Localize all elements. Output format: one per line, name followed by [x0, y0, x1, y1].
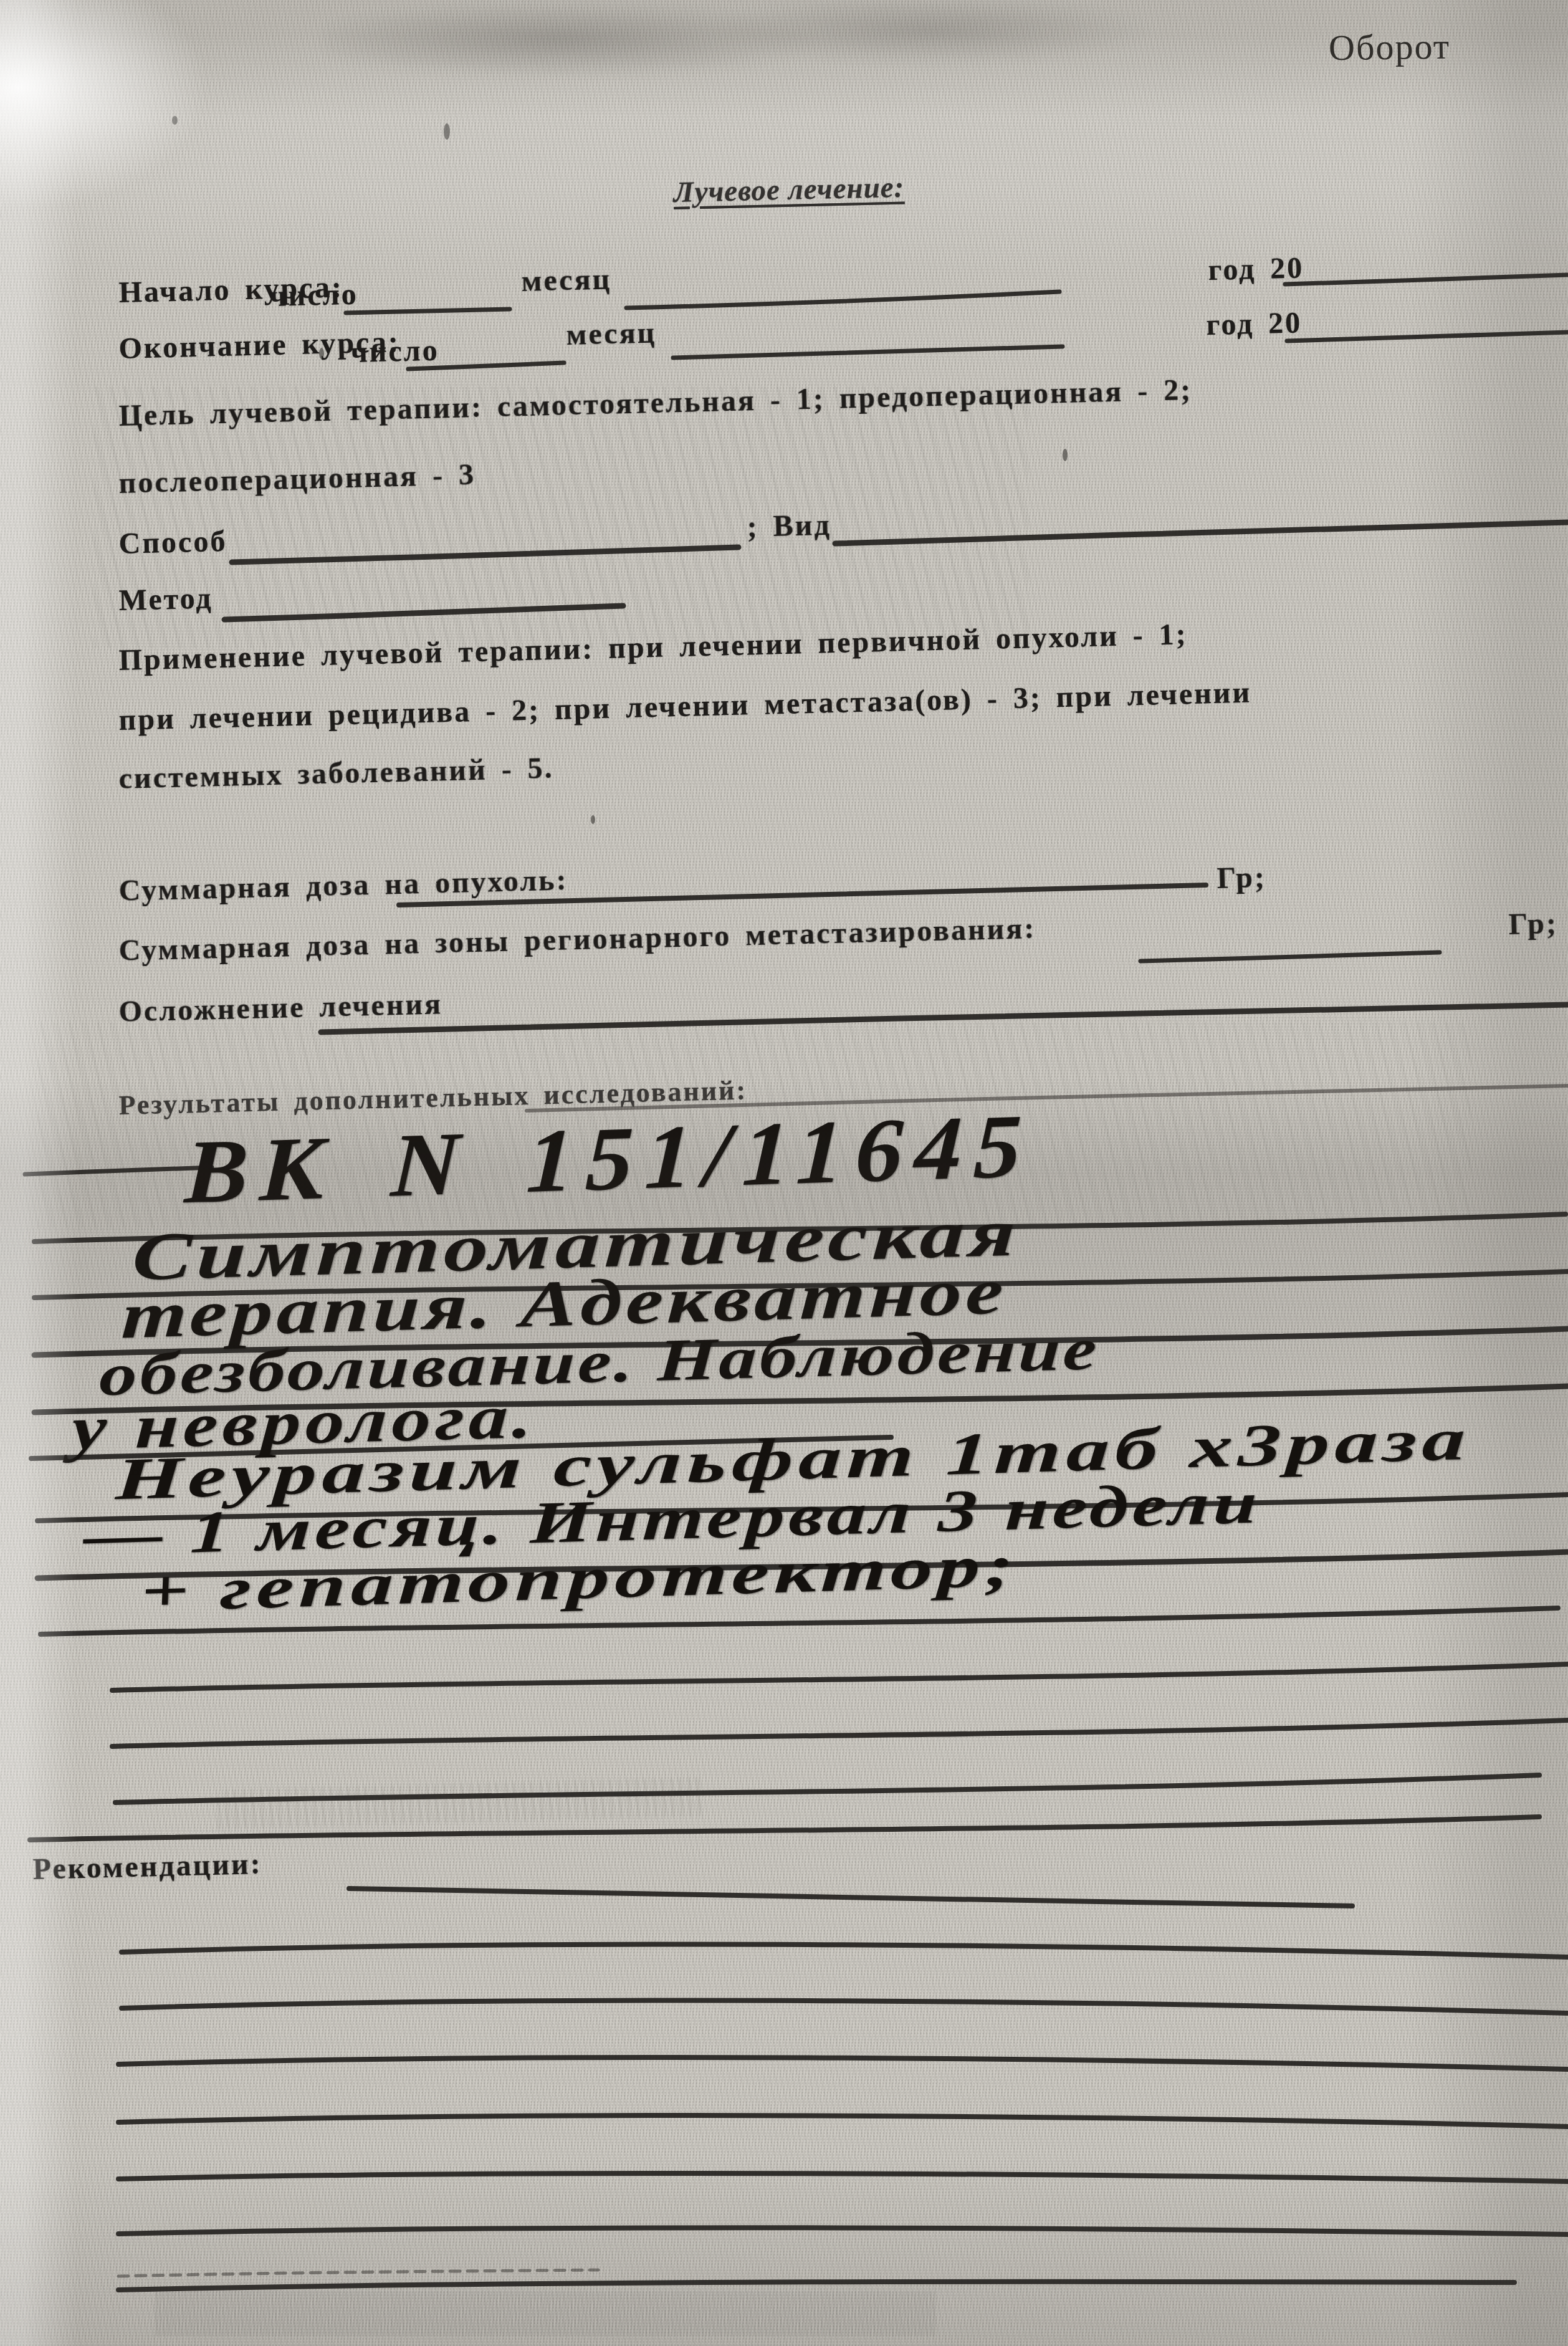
- therapy-apply-line3: системных заболеваний - 5.: [118, 751, 554, 796]
- kind-label: ; Вид: [747, 508, 831, 544]
- reverse-side-label: Оборот: [1329, 26, 1451, 69]
- therapy-goal-line2: послеоперационная - 3: [118, 457, 476, 500]
- faint-handwriting-ghost: [218, 1778, 704, 1829]
- way-label: Способ: [118, 524, 227, 561]
- scan-speck: [591, 815, 595, 824]
- scan-streaks-bottom: [156, 2291, 935, 2336]
- scan-speck: [444, 123, 450, 140]
- complication-label: Осложнение лечения: [118, 987, 443, 1029]
- end-year-label: год 20: [1206, 305, 1303, 342]
- dose-tumor-label: Суммарная доза на опухоль:: [118, 863, 568, 908]
- start-year-label: год 20: [1208, 251, 1304, 287]
- dose-zones-label: Суммарная доза на зоны регионарного мета…: [118, 911, 1036, 968]
- end-month-label: месяц: [566, 315, 657, 352]
- dose-tumor-unit: Гр;: [1217, 860, 1267, 896]
- start-month-label: месяц: [521, 262, 612, 299]
- scan-speck: [172, 116, 178, 125]
- therapy-apply-line1: Применение лучевой терапии: при лечении …: [118, 617, 1188, 677]
- recommendations-label: Рекомендации:: [32, 1847, 262, 1887]
- therapy-apply-line2: при лечении рецидива - 2; при лечении ме…: [118, 676, 1252, 737]
- scanned-form-page: Оборот Лучевое лечение: Начало курса: чи…: [0, 0, 1568, 2346]
- end-day-label: число: [350, 333, 439, 370]
- method-label: Метод: [118, 581, 213, 618]
- form-title: Лучевое лечение:: [673, 171, 905, 209]
- start-day-label: число: [269, 277, 358, 314]
- therapy-goal-line1: Цель лучевой терапии: самостоятельная - …: [118, 373, 1193, 433]
- scan-smudge-top: [324, 0, 1165, 100]
- dose-zones-unit: Гр;: [1508, 906, 1559, 942]
- scan-speck: [1063, 449, 1068, 461]
